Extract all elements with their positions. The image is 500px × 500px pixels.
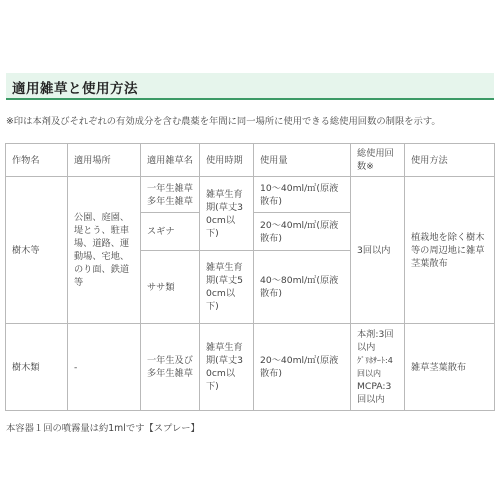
cell-timing: 雑草生育期(草丈30cm以下) bbox=[200, 324, 254, 411]
header-timing: 使用時期 bbox=[200, 144, 254, 177]
cell-weeds: 一年生及び多年生雑草 bbox=[141, 324, 200, 411]
cell-timing: 雑草生育期(草丈30cm以下) bbox=[200, 177, 254, 251]
cell-weeds: 一年生雑草多年生雑草 bbox=[141, 177, 200, 213]
total-uses-glyphosate: ｸﾞﾘﾎｻｰﾄ:4回以内 bbox=[357, 354, 398, 380]
usage-note: ※印は本剤及びそれぞれの有効成分を含む農薬を年間に同一場所に使用できる総使用回数… bbox=[6, 113, 441, 127]
cell-location: - bbox=[68, 324, 141, 411]
section-title: 適用雑草と使用方法 bbox=[12, 77, 138, 97]
cell-amount: 20～40ml/㎡(原液散布) bbox=[254, 324, 351, 411]
cell-weeds: ササ類 bbox=[141, 251, 200, 324]
footer-note: 本容器１回の噴霧量は約1mlです【スプレー】 bbox=[6, 420, 200, 434]
header-location: 適用場所 bbox=[68, 144, 141, 177]
cell-method: 植栽地を除く樹木等の周辺地に雑草茎葉散布 bbox=[405, 177, 495, 324]
total-uses-product: 本剤:3回以内 bbox=[357, 328, 398, 354]
table-header-row: 作物名 適用場所 適用雑草名 使用時期 使用量 総使用回数※ 使用方法 bbox=[6, 144, 495, 177]
header-crop: 作物名 bbox=[6, 144, 68, 177]
header-method: 使用方法 bbox=[405, 144, 495, 177]
cell-total-uses: 本剤:3回以内 ｸﾞﾘﾎｻｰﾄ:4回以内 MCPA:3回以内 bbox=[351, 324, 405, 411]
cell-weeds: スギナ bbox=[141, 213, 200, 251]
cell-timing: 雑草生育期(草丈50cm以下) bbox=[200, 251, 254, 324]
table-row: 樹木等 公園、庭園、堤とう、駐車場、道路、運動場、宅地、のり面、鉄道等 一年生雑… bbox=[6, 177, 495, 213]
section-header: 適用雑草と使用方法 bbox=[6, 73, 494, 100]
total-uses-mcpa: MCPA:3回以内 bbox=[357, 380, 398, 406]
cell-amount: 20～40ml/㎡(原液散布) bbox=[254, 213, 351, 251]
table-row: 樹木類 - 一年生及び多年生雑草 雑草生育期(草丈30cm以下) 20～40ml… bbox=[6, 324, 495, 411]
header-amount: 使用量 bbox=[254, 144, 351, 177]
cell-amount: 40～80ml/㎡(原液散布) bbox=[254, 251, 351, 324]
header-total-uses: 総使用回数※ bbox=[351, 144, 405, 177]
cell-location: 公園、庭園、堤とう、駐車場、道路、運動場、宅地、のり面、鉄道等 bbox=[68, 177, 141, 324]
cell-total-uses: 3回以内 bbox=[351, 177, 405, 324]
cell-crop: 樹木等 bbox=[6, 177, 68, 324]
header-weeds: 適用雑草名 bbox=[141, 144, 200, 177]
cell-crop: 樹木類 bbox=[6, 324, 68, 411]
cell-method: 雑草茎葉散布 bbox=[405, 324, 495, 411]
usage-table: 作物名 適用場所 適用雑草名 使用時期 使用量 総使用回数※ 使用方法 樹木等 … bbox=[5, 143, 495, 411]
cell-amount: 10～40ml/㎡(原液散布) bbox=[254, 177, 351, 213]
